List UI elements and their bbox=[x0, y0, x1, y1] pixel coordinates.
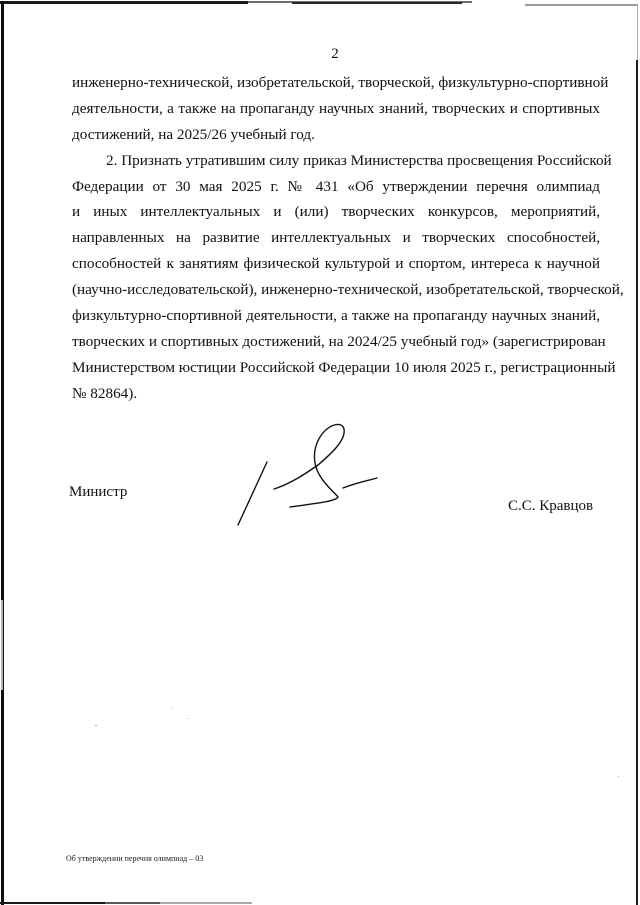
scan-edge-left bbox=[1, 600, 3, 690]
text-line: № 82864). bbox=[72, 381, 600, 407]
paragraph-1: инженерно-технической, изобретательской,… bbox=[72, 70, 600, 148]
text-line: (научно-исследовательской), инженерно-те… bbox=[72, 277, 600, 303]
scan-edge-bottom bbox=[105, 902, 160, 904]
scan-edge-left bbox=[1, 1, 4, 905]
paragraph-2: 2. Признать утратившим силу приказ Минис… bbox=[72, 148, 600, 407]
text-line: Министерством юстиции Российской Федерац… bbox=[72, 355, 600, 381]
scan-speck bbox=[187, 718, 188, 719]
scan-speck bbox=[172, 708, 173, 709]
scan-speck bbox=[618, 776, 619, 777]
text-line: инженерно-технической, изобретательской,… bbox=[72, 70, 600, 96]
signatory-name: С.С. Кравцов bbox=[508, 498, 593, 515]
text-line: физкультурно-спортивной деятельности, а … bbox=[72, 303, 600, 329]
text-line: направленных на развитие интеллектуальны… bbox=[72, 225, 600, 251]
text-line: достижений, на 2025/26 учебный год. bbox=[72, 122, 600, 148]
scan-speck bbox=[95, 725, 97, 726]
text-line: и иных интеллектуальных и (или) творческ… bbox=[72, 199, 600, 225]
text-line: 2. Признать утратившим силу приказ Минис… bbox=[72, 148, 600, 174]
scan-edge-right bbox=[636, 60, 638, 905]
document-body: инженерно-технической, изобретательской,… bbox=[72, 70, 600, 407]
page-number: 2 bbox=[0, 46, 640, 63]
scan-edge-bottom bbox=[160, 902, 252, 904]
signatory-title: Министр bbox=[69, 484, 127, 501]
text-line: деятельности, а также на пропаганду науч… bbox=[72, 96, 600, 122]
text-line: способностей к занятиям физической культ… bbox=[72, 251, 600, 277]
scan-edge-bottom bbox=[0, 902, 105, 904]
scan-edge-top bbox=[0, 1, 248, 4]
document-footer: Об утверждении перечня олимпиад – 03 bbox=[66, 854, 203, 863]
scan-edge-top bbox=[525, 4, 638, 6]
scan-edge-top bbox=[292, 2, 462, 4]
text-line: Федерации от 30 мая 2025 г. № 431 «Об ут… bbox=[72, 174, 600, 200]
text-line: творческих и спортивных достижений, на 2… bbox=[72, 329, 600, 355]
